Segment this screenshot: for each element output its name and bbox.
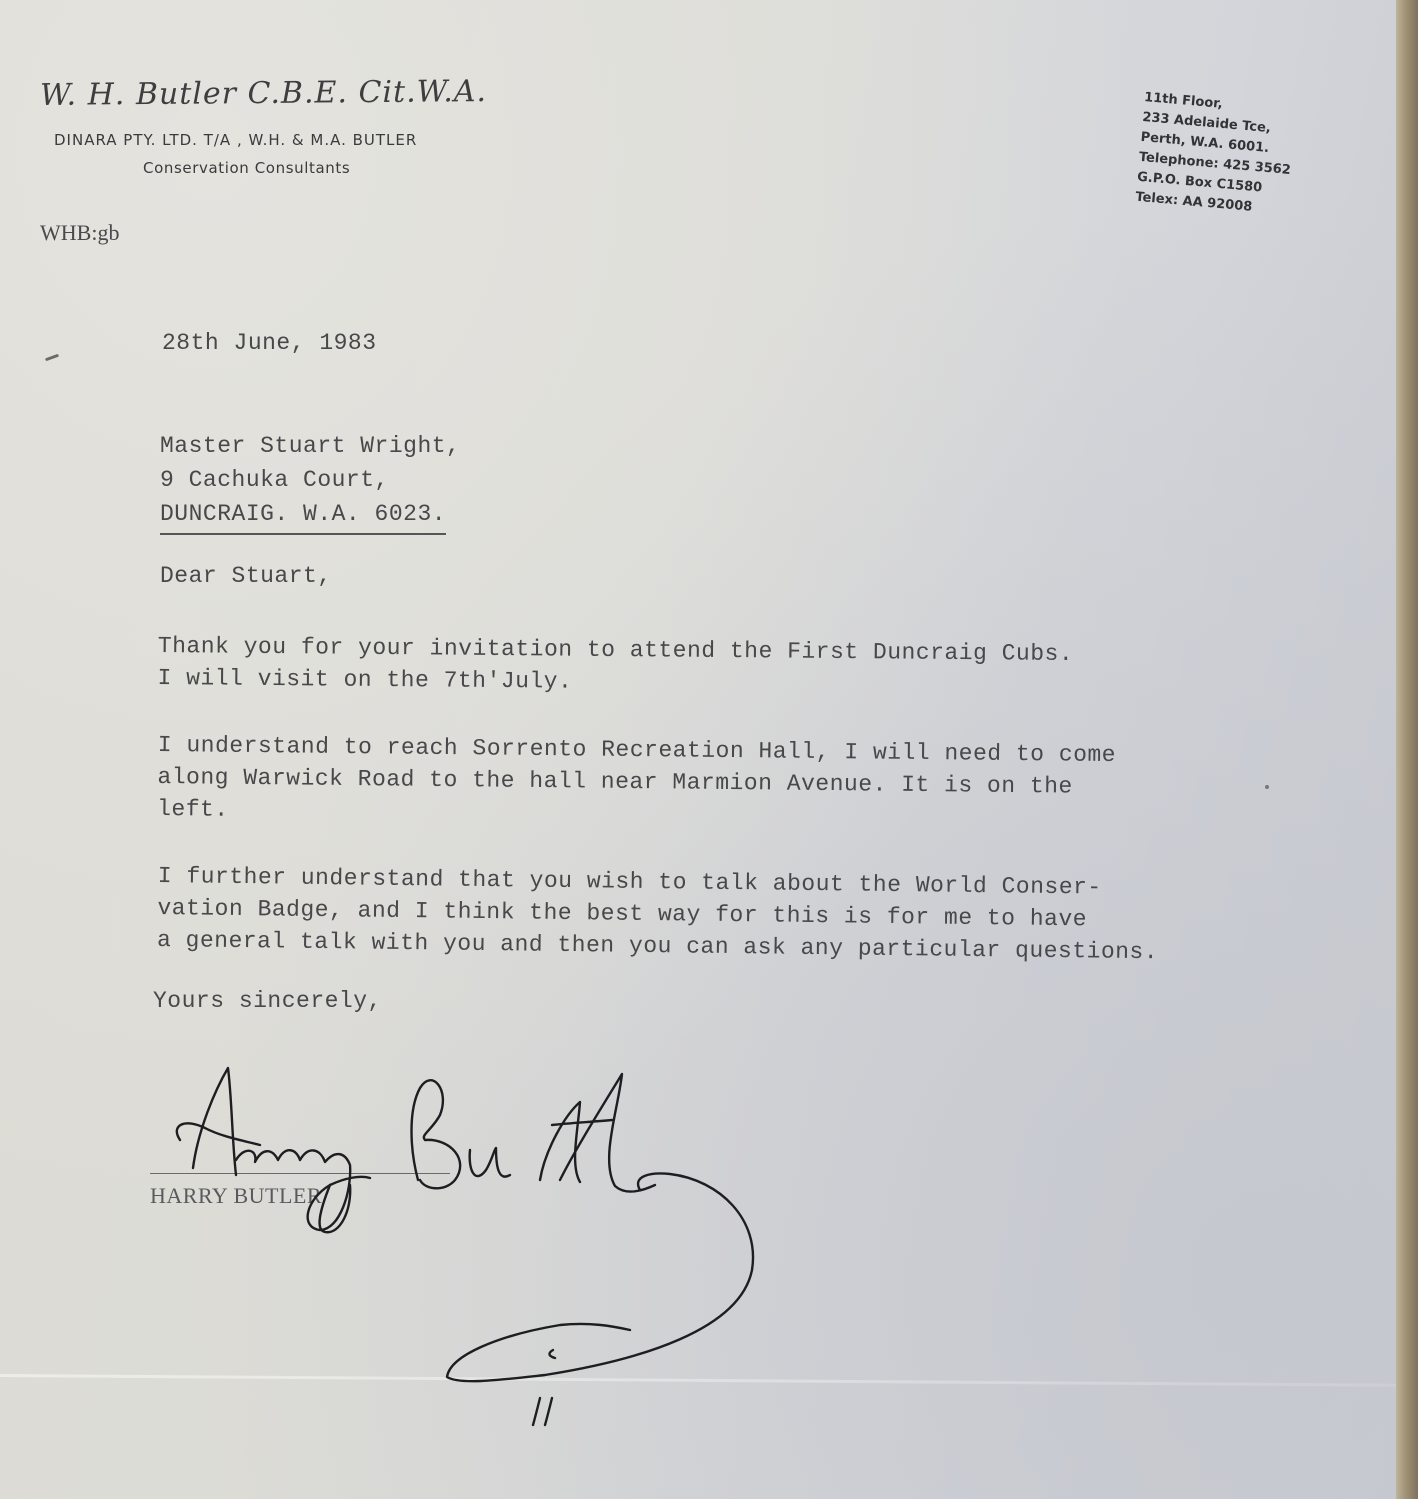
paper-crease — [0, 1374, 1398, 1387]
letterhead-tagline: Conservation Consultants — [143, 159, 350, 177]
salutation: Dear Stuart, — [160, 563, 332, 589]
recipient-address: Master Stuart Wright, 9 Cachuka Court, D… — [160, 429, 460, 535]
stray-ink-dot — [1265, 785, 1269, 789]
signature-line — [150, 1173, 450, 1174]
letterhead-company: DINARA PTY. LTD. T/A , W.H. & M.A. BUTLE… — [54, 131, 417, 149]
recipient-line: 9 Cachuka Court, — [160, 463, 460, 497]
letter-page: W. H. Butler C.B.E. Cit.W.A. DINARA PTY.… — [0, 0, 1398, 1499]
closing: Yours sincerely, — [153, 988, 382, 1014]
recipient-line: DUNCRAIG. W.A. 6023. — [160, 497, 446, 535]
reference-code: WHB:gb — [40, 220, 119, 246]
paragraph-2: I understand to reach Sorrento Recreatio… — [157, 729, 1116, 835]
paragraph-1: Thank you for your invitation to attend … — [157, 630, 1073, 702]
recipient-line: Master Stuart Wright, — [160, 429, 460, 463]
paragraph-3: I further understand that you wish to ta… — [157, 860, 1159, 968]
letterhead-name: W. H. Butler C.B.E. Cit.W.A. — [40, 74, 487, 113]
sender-address: 11th Floor, 233 Adelaide Tce, Perth, W.A… — [1135, 88, 1297, 221]
book-binding-edge — [1396, 0, 1418, 1499]
stray-ink-mark — [45, 354, 59, 362]
letter-date: 28th June, 1983 — [162, 330, 377, 356]
signatory-name: HARRY BUTLER — [150, 1183, 322, 1209]
